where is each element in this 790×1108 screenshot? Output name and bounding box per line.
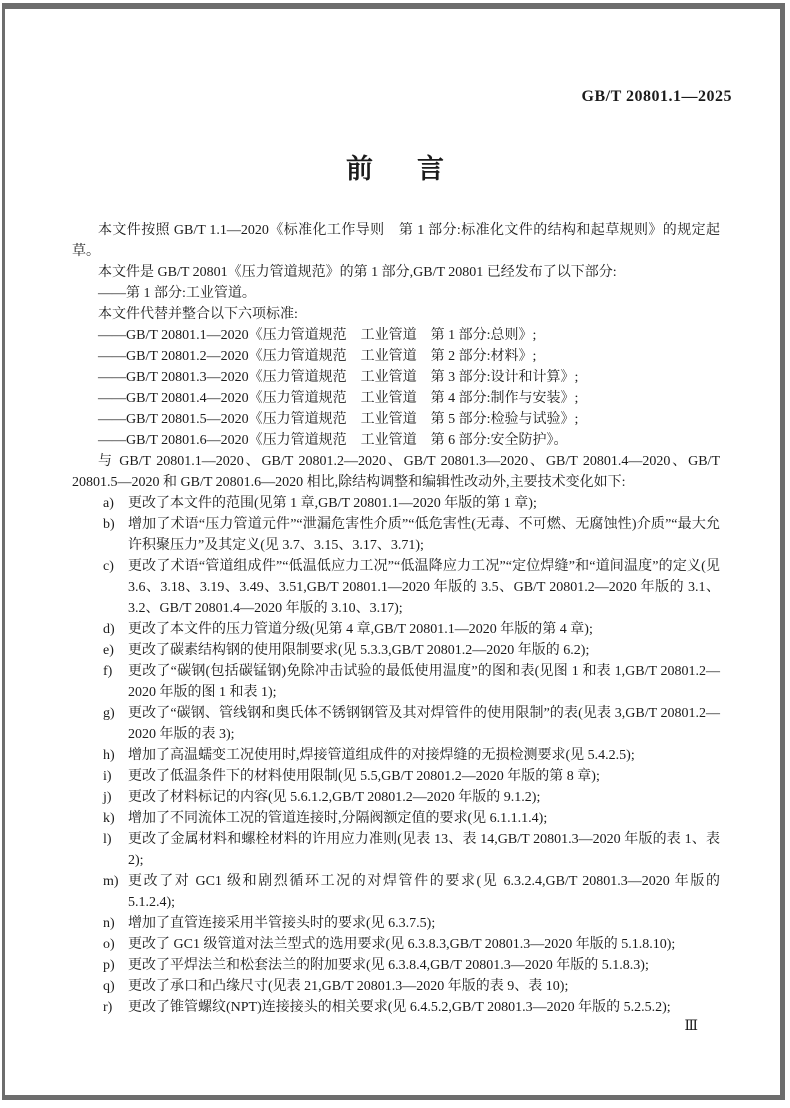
change-item-text: 更改了本文件的范围(见第 1 章,GB/T 20801.1—2020 年版的第 … (128, 496, 537, 511)
change-item-text: 更改了承口和凸缘尺寸(见表 21,GB/T 20801.3—2020 年版的表 … (128, 979, 568, 994)
change-list-item: b) 增加了术语“压力管道元件”“泄漏危害性介质”“低危害性(无毒、不可燃、无腐… (72, 514, 720, 556)
change-list-item: r) 更改了锥管螺纹(NPT)连接接头的相关要求(见 6.4.5.2,GB/T … (72, 997, 720, 1018)
foreword-changes-list: a) 更改了本文件的范围(见第 1 章,GB/T 20801.1—2020 年版… (72, 493, 720, 1018)
change-item-label: f) (103, 661, 112, 682)
change-item-label: e) (103, 640, 114, 661)
change-list-item: n) 增加了直管连接采用半管接头时的要求(见 6.3.7.5); (72, 913, 720, 934)
change-list-item: f) 更改了“碳钢(包括碳锰钢)免除冲击试验的最低使用温度”的图和表(见图 1 … (72, 661, 720, 703)
foreword-paragraph: ——GB/T 20801.6—2020《压力管道规范 工业管道 第 6 部分:安… (72, 430, 720, 451)
foreword-paragraph: ——GB/T 20801.5—2020《压力管道规范 工业管道 第 5 部分:检… (72, 409, 720, 430)
foreword-paragraph: 本文件是 GB/T 20801《压力管道规范》的第 1 部分,GB/T 2080… (72, 262, 720, 283)
change-item-text: 更改了材料标记的内容(见 5.6.1.2,GB/T 20801.2—2020 年… (128, 790, 540, 805)
change-item-text: 更改了碳素结构钢的使用限制要求(见 5.3.3,GB/T 20801.2—202… (128, 643, 589, 658)
change-item-text: 更改了本文件的压力管道分级(见第 4 章,GB/T 20801.1—2020 年… (128, 622, 593, 637)
change-list-item: g) 更改了“碳钢、管线钢和奥氏体不锈钢钢管及其对焊管件的使用限制”的表(见表 … (72, 703, 720, 745)
change-list-item: o) 更改了 GC1 级管道对法兰型式的选用要求(见 6.3.8.3,GB/T … (72, 934, 720, 955)
change-item-text: 更改了低温条件下的材料使用限制(见 5.5,GB/T 20801.2—2020 … (128, 769, 600, 784)
change-item-label: o) (103, 934, 115, 955)
change-item-text: 增加了不同流体工况的管道连接时,分隔阀额定值的要求(见 6.1.1.1.4); (128, 811, 547, 826)
change-list-item: m) 更改了对 GC1 级和剧烈循环工况的对焊管件的要求(见 6.3.2.4,G… (72, 871, 720, 913)
change-item-label: a) (103, 493, 114, 514)
change-item-text: 更改了 GC1 级管道对法兰型式的选用要求(见 6.3.8.3,GB/T 208… (128, 937, 675, 952)
foreword-paragraph: ——GB/T 20801.3—2020《压力管道规范 工业管道 第 3 部分:设… (72, 367, 720, 388)
foreword-paragraph: 本文件按照 GB/T 1.1—2020《标准化工作导则 第 1 部分:标准化文件… (72, 220, 720, 262)
change-item-text: 更改了“碳钢(包括碳锰钢)免除冲击试验的最低使用温度”的图和表(见图 1 和表 … (128, 664, 720, 700)
change-list-item: d) 更改了本文件的压力管道分级(见第 4 章,GB/T 20801.1—202… (72, 619, 720, 640)
foreword-paragraph: ——第 1 部分:工业管道。 (72, 283, 720, 304)
change-list-item: k) 增加了不同流体工况的管道连接时,分隔阀额定值的要求(见 6.1.1.1.4… (72, 808, 720, 829)
change-list-item: e) 更改了碳素结构钢的使用限制要求(见 5.3.3,GB/T 20801.2—… (72, 640, 720, 661)
foreword-paragraph: 与 GB/T 20801.1—2020、GB/T 20801.2—2020、GB… (72, 451, 720, 493)
change-item-text: 更改了锥管螺纹(NPT)连接接头的相关要求(见 6.4.5.2,GB/T 208… (128, 1000, 671, 1015)
foreword-paragraph: 本文件代替并整合以下六项标准: (72, 304, 720, 325)
change-item-text: 更改了对 GC1 级和剧烈循环工况的对焊管件的要求(见 6.3.2.4,GB/T… (128, 874, 720, 910)
change-item-label: i) (103, 766, 112, 787)
change-item-text: 更改了术语“管道组成件”“低温低应力工况”“低温降应力工况”“定位焊缝”和“道间… (128, 559, 720, 616)
change-item-text: 增加了高温蠕变工况使用时,焊接管道组成件的对接焊缝的无损检测要求(见 5.4.2… (128, 748, 635, 763)
foreword-paragraph: ——GB/T 20801.1—2020《压力管道规范 工业管道 第 1 部分:总… (72, 325, 720, 346)
change-item-label: d) (103, 619, 115, 640)
change-item-text: 更改了平焊法兰和松套法兰的附加要求(见 6.3.8.4,GB/T 20801.3… (128, 958, 649, 973)
change-item-label: h) (103, 745, 115, 766)
foreword-paragraph: ——GB/T 20801.2—2020《压力管道规范 工业管道 第 2 部分:材… (72, 346, 720, 367)
foreword-intro: 本文件按照 GB/T 1.1—2020《标准化工作导则 第 1 部分:标准化文件… (72, 220, 720, 493)
change-item-label: g) (103, 703, 115, 724)
change-item-label: r) (103, 997, 112, 1018)
change-item-text: 更改了“碳钢、管线钢和奥氏体不锈钢钢管及其对焊管件的使用限制”的表(见表 3,G… (128, 706, 720, 742)
change-list-item: j) 更改了材料标记的内容(见 5.6.1.2,GB/T 20801.2—202… (72, 787, 720, 808)
standard-code: GB/T 20801.1—2025 (582, 88, 732, 106)
document-page: GB/T 20801.1—2025 前 言 本文件按照 GB/T 1.1—202… (0, 0, 790, 1108)
change-item-label: p) (103, 955, 115, 976)
page-title: 前 言 (0, 154, 790, 185)
foreword-paragraph: ——GB/T 20801.4—2020《压力管道规范 工业管道 第 4 部分:制… (72, 388, 720, 409)
change-list-item: p) 更改了平焊法兰和松套法兰的附加要求(见 6.3.8.4,GB/T 2080… (72, 955, 720, 976)
change-item-label: m) (103, 871, 119, 892)
change-item-label: b) (103, 514, 115, 535)
change-item-text: 增加了术语“压力管道元件”“泄漏危害性介质”“低危害性(无毒、不可燃、无腐蚀性)… (128, 517, 720, 553)
change-list-item: c) 更改了术语“管道组成件”“低温低应力工况”“低温降应力工况”“定位焊缝”和… (72, 556, 720, 619)
change-list-item: i) 更改了低温条件下的材料使用限制(见 5.5,GB/T 20801.2—20… (72, 766, 720, 787)
page-title-char-2: 言 (417, 154, 444, 185)
change-item-label: k) (103, 808, 115, 829)
page-title-char-1: 前 (346, 154, 373, 185)
change-list-item: l) 更改了金属材料和螺栓材料的许用应力准则(见表 13、表 14,GB/T 2… (72, 829, 720, 871)
change-list-item: h) 增加了高温蠕变工况使用时,焊接管道组成件的对接焊缝的无损检测要求(见 5.… (72, 745, 720, 766)
page-number: Ⅲ (684, 1020, 698, 1034)
change-item-label: c) (103, 556, 114, 577)
change-list-item: a) 更改了本文件的范围(见第 1 章,GB/T 20801.1—2020 年版… (72, 493, 720, 514)
change-item-label: l) (103, 829, 112, 850)
foreword-body: 本文件按照 GB/T 1.1—2020《标准化工作导则 第 1 部分:标准化文件… (72, 220, 720, 1018)
change-item-label: q) (103, 976, 115, 997)
change-list-item: q) 更改了承口和凸缘尺寸(见表 21,GB/T 20801.3—2020 年版… (72, 976, 720, 997)
change-item-label: j) (103, 787, 112, 808)
change-item-label: n) (103, 913, 115, 934)
change-item-text: 更改了金属材料和螺栓材料的许用应力准则(见表 13、表 14,GB/T 2080… (128, 832, 720, 868)
change-item-text: 增加了直管连接采用半管接头时的要求(见 6.3.7.5); (128, 916, 435, 931)
